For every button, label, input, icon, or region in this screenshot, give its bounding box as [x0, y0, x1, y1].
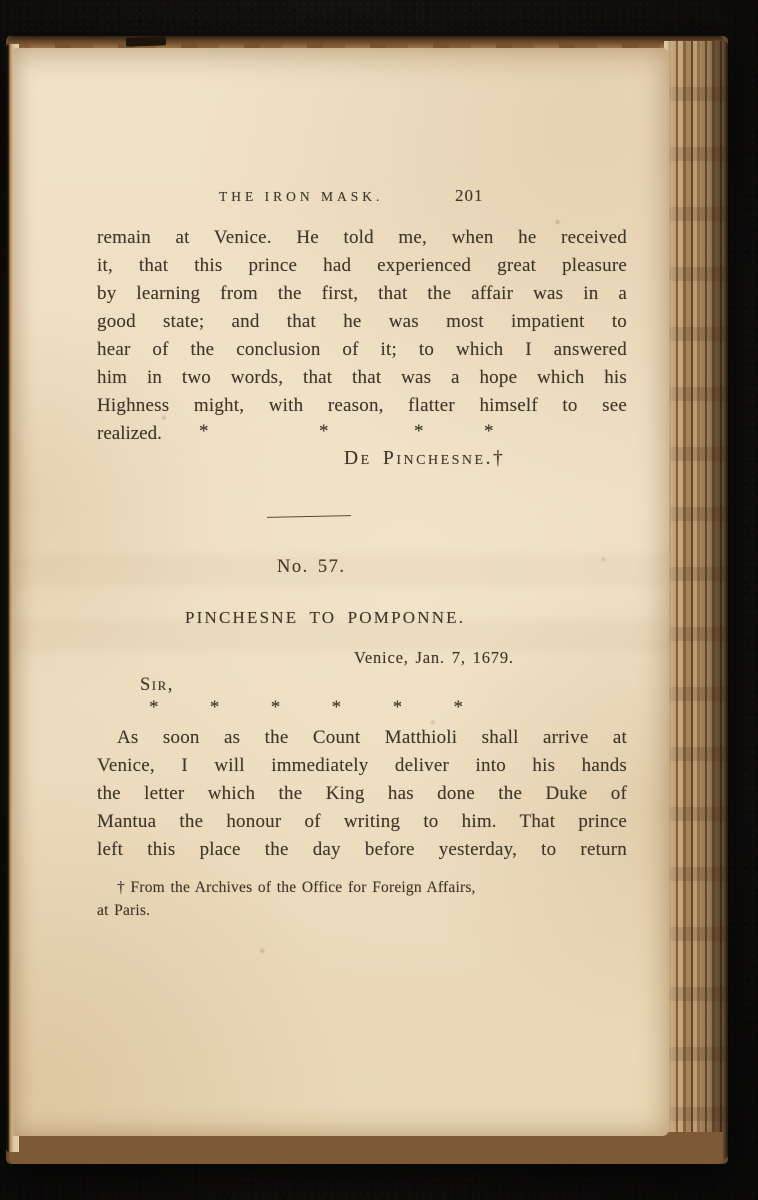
- text-line: As soon as the Count Matthioli shall arr…: [97, 724, 627, 752]
- asterisk: *: [484, 418, 494, 446]
- asterisk: *: [210, 696, 220, 720]
- asterisk: *: [414, 418, 424, 446]
- worn-notch: [126, 36, 166, 46]
- running-header-title: THE IRON MASK.: [219, 189, 383, 205]
- footnote: † From the Archives of the Office for Fo…: [97, 876, 539, 922]
- text-line: remain at Venice. He told me, when he re…: [97, 224, 627, 252]
- letter-signature: De Pinchesne.†: [344, 448, 505, 470]
- section-divider: [267, 515, 351, 518]
- asterisk: *: [271, 696, 281, 720]
- text-line: left this place the day before yesterday…: [97, 836, 627, 864]
- asterisk: *: [453, 696, 463, 720]
- asterisk: *: [332, 696, 342, 720]
- last-word: realized.: [97, 423, 162, 444]
- page-text: THE IRON MASK. 201 remain at Venice. He …: [97, 48, 627, 1136]
- text-line: † From the Archives of the Office for Fo…: [97, 876, 539, 899]
- book-bottom-edge: [9, 1132, 723, 1164]
- book: THE IRON MASK. 201 remain at Venice. He …: [6, 36, 728, 1164]
- book-page: THE IRON MASK. 201 remain at Venice. He …: [13, 48, 669, 1136]
- text-line: by learning from the first, that the aff…: [97, 280, 627, 308]
- asterisk-row: ******: [149, 696, 463, 720]
- letter-title: PINCHESNE TO POMPONNE.: [185, 608, 465, 628]
- text-line: at Paris.: [97, 899, 539, 922]
- letter-salutation: Sir,: [140, 675, 174, 696]
- running-header: THE IRON MASK. 201: [97, 186, 627, 208]
- letter-number: No. 57.: [277, 557, 346, 578]
- asterisk: *: [319, 418, 329, 446]
- page-number: 201: [455, 186, 484, 206]
- asterisk: *: [149, 696, 159, 720]
- text-line: hear of the conclusion of it; to which I…: [97, 336, 627, 364]
- text-line: Mantua the honour of writing to him. Tha…: [97, 808, 627, 836]
- paragraph-last-line: realized. * * * *: [97, 420, 627, 448]
- text-line: the letter which the King has done the D…: [97, 780, 627, 808]
- text-line: good state; and that he was most impatie…: [97, 308, 627, 336]
- book-fore-edge: [664, 41, 728, 1159]
- letter-end-paragraph: remain at Venice. He told me, when he re…: [97, 224, 627, 420]
- letter-body-paragraph: As soon as the Count Matthioli shall arr…: [97, 724, 627, 864]
- text-line: Venice, I will immediately deliver into …: [97, 752, 627, 780]
- asterisk: *: [199, 418, 209, 446]
- asterisk: *: [393, 696, 403, 720]
- text-line: him in two words, that that was a hope w…: [97, 364, 627, 392]
- text-line: Highness might, with reason, flatter him…: [97, 392, 627, 420]
- letter-dateline: Venice, Jan. 7, 1679.: [354, 648, 514, 668]
- text-line: it, that this prince had experienced gre…: [97, 252, 627, 280]
- photo-background: THE IRON MASK. 201 remain at Venice. He …: [0, 0, 758, 1200]
